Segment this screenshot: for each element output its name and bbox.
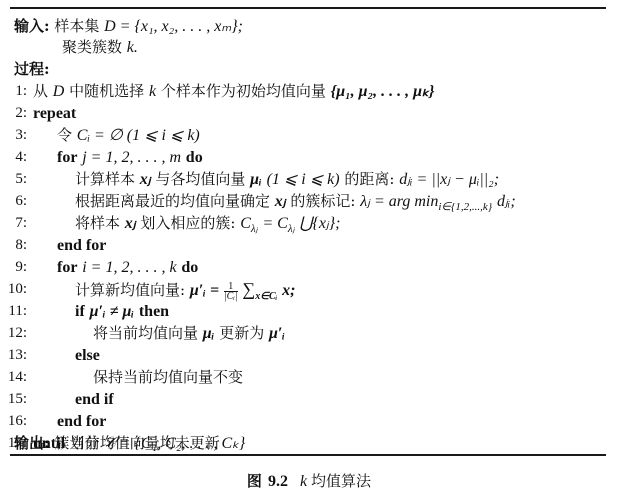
step-math: μᵢ	[203, 325, 215, 342]
process-label: 过程:	[14, 60, 50, 78]
figure-number: 9.2	[268, 473, 288, 490]
input-text: 样本集	[54, 17, 99, 35]
step-subscript: x∈Cᵢ	[255, 291, 277, 302]
step-math: {μ₁, μ₂, . . . , μₖ}	[331, 83, 435, 100]
keyword-do: do	[181, 259, 198, 276]
line-number: 3:	[0, 125, 27, 146]
step-text: 的距离:	[344, 170, 394, 188]
step-math: xⱼ	[275, 193, 286, 210]
input-label: 输入:	[14, 17, 50, 35]
step-text: 计算新均值向量:	[75, 281, 185, 299]
step-math: j = 1, 2, . . . , m	[82, 149, 181, 166]
keyword-for: for	[57, 149, 77, 166]
step-math: μᵢ	[250, 171, 262, 188]
keyword-repeat: repeat	[33, 105, 76, 122]
step-math: μ′ᵢ =	[190, 282, 219, 299]
bottom-rule	[10, 454, 606, 456]
line-number: 5:	[0, 169, 27, 190]
top-rule	[10, 7, 606, 9]
input-text: 聚类簇数	[62, 38, 122, 56]
line-number: 10:	[0, 279, 27, 300]
step-subscript: i∈{1,2,...,k}	[438, 201, 492, 213]
output-math: 𝒞 = {C₁, C₂, . . . , Cₖ}	[104, 435, 245, 452]
step-text: 的簇标记:	[290, 192, 355, 210]
keyword-do: do	[186, 149, 203, 166]
line-number: 12:	[0, 323, 27, 344]
line-number: 8:	[0, 235, 27, 256]
step-math: i = 1, 2, . . . , k	[82, 259, 176, 276]
fraction-numerator: 1	[224, 282, 238, 292]
caption-title: 均值算法	[311, 472, 371, 490]
step-math: k	[149, 83, 156, 100]
input-math: D = {x₁, x₂, . . . , xₘ};	[104, 18, 243, 35]
line-number: 11:	[0, 301, 27, 322]
keyword-end-if: end if	[75, 391, 114, 408]
step-math: Cᵢ = ∅ (1 ⩽ i ⩽ k)	[77, 127, 200, 144]
step-text: 根据距离最近的均值向量确定	[75, 192, 270, 210]
line-number: 6:	[0, 191, 27, 212]
keyword-end-for: end for	[57, 413, 106, 430]
step-math: μ′ᵢ ≠ μᵢ	[90, 303, 135, 320]
line-number: 2:	[0, 103, 27, 124]
sum-symbol: ∑	[242, 279, 255, 299]
output-label: 输出:	[14, 434, 50, 452]
figure-label: 图	[247, 472, 262, 490]
step-text: 将当前均值向量	[93, 324, 198, 342]
output-text: 簇划分	[54, 434, 99, 452]
step-math: μ′ᵢ	[269, 325, 285, 342]
line-number: 1:	[0, 81, 27, 102]
line-number: 16:	[0, 411, 27, 432]
step-text: 中随机选择	[69, 82, 144, 100]
line-number: 7:	[0, 213, 27, 234]
step-math: D	[53, 83, 65, 100]
step-subscript: λⱼ	[251, 223, 258, 235]
step-math: dⱼᵢ;	[497, 193, 516, 210]
step-math: x;	[282, 282, 295, 299]
keyword-for: for	[57, 259, 77, 276]
step-text: 将样本	[75, 214, 120, 232]
step-math: ⋃{xⱼ};	[299, 215, 340, 232]
step-text: 令	[57, 126, 72, 144]
caption-k: k	[300, 473, 307, 490]
input-math: k.	[127, 39, 138, 56]
step-text: 与各均值向量	[155, 170, 245, 188]
keyword-else: else	[75, 347, 100, 364]
step-text: 从	[33, 82, 48, 100]
figure-caption: 图9.2k均值算法	[0, 470, 618, 491]
step-math: dⱼᵢ = ||xⱼ − μᵢ||₂;	[399, 171, 499, 188]
line-number: 13:	[0, 345, 27, 366]
fraction-denominator: |Cᵢ|	[224, 292, 238, 301]
line-number: 4:	[0, 147, 27, 168]
step-math: C	[240, 215, 251, 232]
step-math: = C	[262, 215, 287, 232]
step-text: 更新为	[219, 324, 264, 342]
step-text: 计算样本	[75, 170, 135, 188]
fraction: 1 |Cᵢ|	[224, 282, 238, 301]
step-math: (1 ⩽ i ⩽ k)	[267, 171, 340, 188]
line-number: 15:	[0, 389, 27, 410]
step-text: 保持当前均值向量不变	[93, 368, 243, 386]
line-number: 14:	[0, 367, 27, 388]
step-text: 划入相应的簇:	[140, 214, 235, 232]
step-math: xⱼ	[140, 171, 151, 188]
line-number: 9:	[0, 257, 27, 278]
step-math: xⱼ	[125, 215, 136, 232]
step-text: 个样本作为初始均值向量	[161, 82, 326, 100]
keyword-then: then	[139, 303, 169, 320]
keyword-if: if	[75, 303, 85, 320]
step-subscript: λⱼ	[288, 223, 295, 235]
step-math: λⱼ = arg min	[360, 193, 438, 210]
keyword-end-for: end for	[57, 237, 106, 254]
